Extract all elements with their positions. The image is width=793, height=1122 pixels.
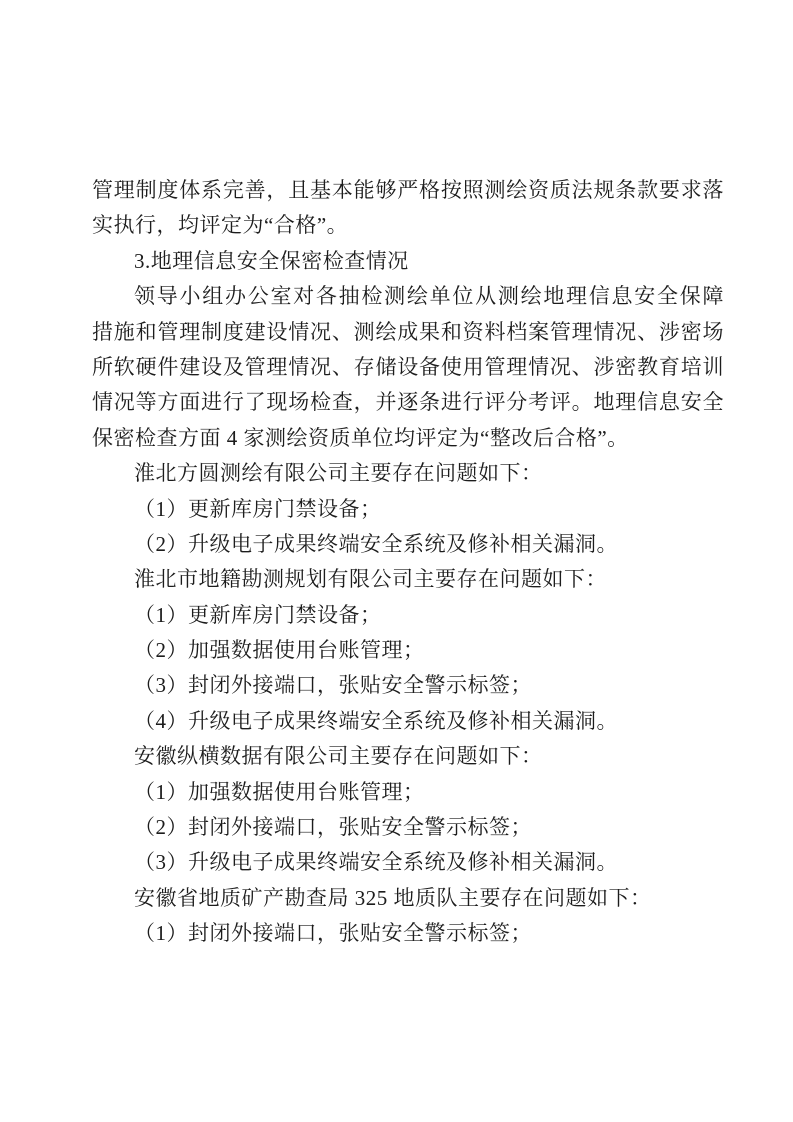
paragraph-line: （1）更新库房门禁设备； bbox=[92, 598, 724, 633]
paragraph-line: 淮北市地籍勘测规划有限公司主要存在问题如下： bbox=[92, 562, 724, 597]
paragraph-line: 管理制度体系完善，且基本能够严格按照测绘资质法规条款要求落 bbox=[92, 173, 724, 208]
paragraph-line: 实执行，均评定为“合格”。 bbox=[92, 208, 724, 243]
paragraph-line: （3）封闭外接端口，张贴安全警示标签； bbox=[92, 668, 724, 703]
paragraph-line: （2）封闭外接端口，张贴安全警示标签； bbox=[92, 810, 724, 845]
paragraph-line: （1）封闭外接端口，张贴安全警示标签； bbox=[92, 916, 724, 951]
paragraph-line: 情况等方面进行了现场检查，并逐条进行评分考评。地理信息安全 bbox=[92, 385, 724, 420]
paragraph-line: 措施和管理制度建设情况、测绘成果和资料档案管理情况、涉密场 bbox=[92, 315, 724, 350]
document-body: 管理制度体系完善，且基本能够严格按照测绘资质法规条款要求落实执行，均评定为“合格… bbox=[92, 173, 724, 952]
paragraph-line: 安徽省地质矿产勘查局 325 地质队主要存在问题如下： bbox=[92, 881, 724, 916]
paragraph-line: （1）更新库房门禁设备； bbox=[92, 492, 724, 527]
document-page: 管理制度体系完善，且基本能够严格按照测绘资质法规条款要求落实执行，均评定为“合格… bbox=[0, 0, 793, 1122]
paragraph-line: 安徽纵横数据有限公司主要存在问题如下： bbox=[92, 739, 724, 774]
paragraph-line: 领导小组办公室对各抽检测绘单位从测绘地理信息安全保障 bbox=[92, 279, 724, 314]
paragraph-line: 保密检查方面 4 家测绘资质单位均评定为“整改后合格”。 bbox=[92, 421, 724, 456]
paragraph-line: （3）升级电子成果终端安全系统及修补相关漏洞。 bbox=[92, 845, 724, 880]
section-heading-line: 3.地理信息安全保密检查情况 bbox=[92, 244, 724, 279]
paragraph-line: （4）升级电子成果终端安全系统及修补相关漏洞。 bbox=[92, 704, 724, 739]
paragraph-line: （2）升级电子成果终端安全系统及修补相关漏洞。 bbox=[92, 527, 724, 562]
paragraph-line: （2）加强数据使用台账管理； bbox=[92, 633, 724, 668]
paragraph-line: 所软硬件建设及管理情况、存储设备使用管理情况、涉密教育培训 bbox=[92, 350, 724, 385]
paragraph-line: 淮北方圆测绘有限公司主要存在问题如下： bbox=[92, 456, 724, 491]
paragraph-line: （1）加强数据使用台账管理； bbox=[92, 775, 724, 810]
